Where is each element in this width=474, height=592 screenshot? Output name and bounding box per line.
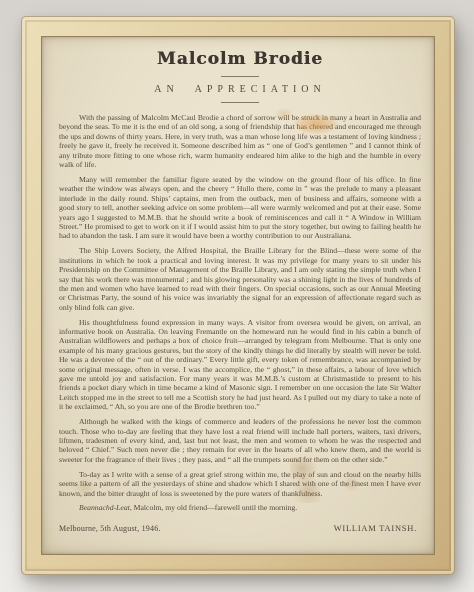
paragraph: Although he walked with the kings of com… — [59, 417, 421, 464]
document-subtitle: AN APPRECIATION — [59, 83, 421, 96]
paragraph: His thoughtfulness found expression in m… — [59, 318, 421, 412]
paragraph: With the passing of Malcolm McCaul Brodi… — [59, 113, 421, 169]
author-signature: WILLIAM TAINSH. — [334, 524, 417, 533]
document-title: Malcolm Brodie — [59, 49, 421, 69]
document-paper: Malcolm Brodie AN APPRECIATION With the … — [41, 36, 435, 555]
document-footer: Melbourne, 5th August, 1946. WILLIAM TAI… — [59, 524, 421, 533]
paragraph: To-day as I write with a sense of a grea… — [59, 470, 421, 498]
subtitle-rule — [221, 102, 259, 103]
document-body: With the passing of Malcolm McCaul Brodi… — [59, 113, 421, 513]
valediction-gaelic: Beannachd-Leat — [79, 503, 130, 512]
valediction: Beannachd-Leat, Malcolm, my old friend—f… — [59, 503, 421, 512]
title-rule — [221, 76, 259, 77]
paragraph: Many will remember the familiar figure s… — [59, 175, 421, 241]
photo-wall: { "document": { "title": "Malcolm Brodie… — [0, 0, 474, 592]
place-date: Melbourne, 5th August, 1946. — [59, 524, 161, 533]
valediction-rest: , Malcolm, my old friend—farewell until … — [130, 503, 297, 512]
paragraph: The Ship Lovers Society, the Alfred Hosp… — [59, 246, 421, 312]
picture-frame: Malcolm Brodie AN APPRECIATION With the … — [21, 16, 455, 575]
